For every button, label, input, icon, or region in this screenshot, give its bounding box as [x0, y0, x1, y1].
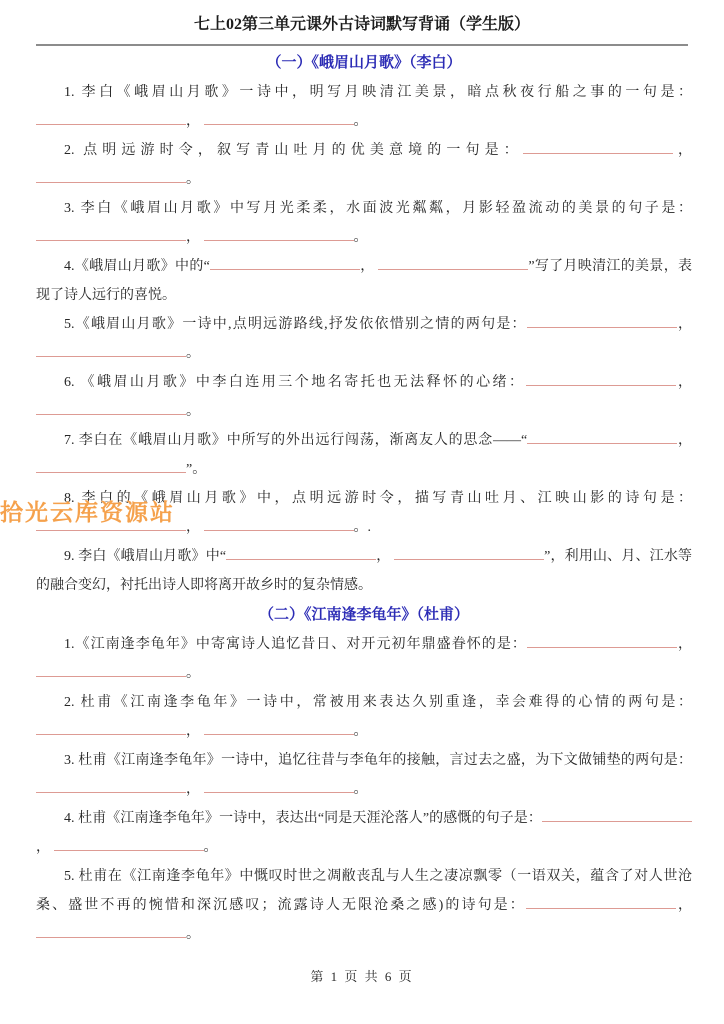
answer-blank	[527, 635, 677, 648]
question-text: ，	[360, 259, 378, 274]
question-text: 。.	[354, 520, 372, 535]
question-text: ，	[186, 230, 204, 245]
answer-blank	[36, 925, 186, 938]
question-text: ，	[677, 637, 692, 652]
question-text: 9. 李白《峨眉山月歌》中“	[64, 549, 226, 564]
question-paragraph: 5.《峨眉山月歌》一诗中,点明远游路线,抒发依依惜别之情的两句是：， 。	[36, 310, 692, 368]
answer-blank	[210, 257, 360, 270]
question-text: 。	[354, 724, 368, 739]
question-paragraph: 2. 杜甫《江南逢李龟年》一诗中，常被用来表达久别重逢，幸会难得的心情的两句是：…	[36, 688, 692, 746]
question-text: 4. 杜甫《江南逢李龟年》一诗中，表达出“同是天涯沦落人”的感慨的句子是：	[64, 811, 542, 826]
question-text: ，	[186, 782, 204, 797]
question-paragraph: 1.《江南逢李龟年》中寄寓诗人追忆昔日、对开元初年鼎盛眷怀的是：， 。	[36, 630, 692, 688]
question-text: 4.《峨眉山月歌》中的“	[64, 259, 210, 274]
question-paragraph: 5. 杜甫在《江南逢李龟年》中慨叹时世之凋敝丧乱与人生之凄凉飘零（一语双关，蕴含…	[36, 862, 692, 949]
answer-blank	[36, 112, 186, 125]
question-paragraph: 9. 李白《峨眉山月歌》中“， ”，利用山、月、江水等的融合变幻，衬托出诗人即将…	[36, 542, 692, 600]
worksheet-page: 七上02第三单元课外古诗词默写背诵（学生版） （一）《峨眉山月歌》（李白）1. …	[0, 0, 724, 1024]
question-paragraph: 4.《峨眉山月歌》中的“， ”写了月映清江的美景，表现了诗人远行的喜悦。	[36, 252, 692, 310]
question-text: 。	[186, 172, 200, 187]
question-text: ，	[673, 143, 692, 158]
answer-blank	[204, 780, 354, 793]
question-text: ，	[186, 520, 204, 535]
watermark: 拾光云库资源站	[0, 494, 175, 527]
question-text: 3. 李白《峨眉山月歌》中写月光柔柔，水面波光粼粼，月影轻盈流动的美景的句子是：	[64, 201, 692, 216]
question-text: 1. 李白《峨眉山月歌》一诗中，明写月映清江美景，暗点秋夜行船之事的一句是：	[64, 85, 692, 100]
answer-blank	[527, 431, 677, 444]
question-paragraph: 7. 李白在《峨眉山月歌》中所写的外出远行闯荡，渐离友人的思念——“， ”。	[36, 426, 692, 484]
answer-blank	[394, 547, 544, 560]
question-text: ，	[186, 724, 204, 739]
answer-blank	[36, 460, 186, 473]
answer-blank	[36, 402, 186, 415]
question-text: 2. 杜甫《江南逢李龟年》一诗中，常被用来表达久别重逢，幸会难得的心情的两句是：	[64, 695, 692, 710]
question-text: 7. 李白在《峨眉山月歌》中所写的外出远行闯荡，渐离友人的思念——“	[64, 433, 527, 448]
answer-blank	[36, 170, 186, 183]
question-text: ，	[677, 433, 692, 448]
question-text: 。	[186, 927, 200, 942]
answer-blank	[36, 228, 186, 241]
question-text: 3. 杜甫《江南逢李龟年》一诗中，追忆往昔与李龟年的接触，言过去之盛，为下文做铺…	[64, 753, 692, 768]
question-text: 。	[354, 230, 368, 245]
answer-blank	[54, 838, 204, 851]
question-text: ”。	[186, 462, 206, 477]
page-title: 七上02第三单元课外古诗词默写背诵（学生版）	[0, 0, 724, 36]
title-divider	[36, 44, 688, 46]
answer-blank	[378, 257, 528, 270]
question-text: 。	[186, 666, 200, 681]
answer-blank	[36, 344, 186, 357]
question-text: ，	[376, 549, 394, 564]
question-text: 。	[354, 114, 368, 129]
page-number: 第 1 页 共 6 页	[0, 966, 724, 985]
question-text: 5.《峨眉山月歌》一诗中,点明远游路线,抒发依依惜别之情的两句是：	[64, 317, 527, 332]
question-text: 6. 《峨眉山月歌》中李白连用三个地名寄托也无法释怀的心绪：	[64, 375, 526, 390]
question-text: ，	[676, 375, 692, 390]
answer-blank	[204, 722, 354, 735]
question-paragraph: 3. 杜甫《江南逢李龟年》一诗中，追忆往昔与李龟年的接触，言过去之盛，为下文做铺…	[36, 746, 692, 804]
answer-blank	[36, 722, 186, 735]
question-paragraph: 4. 杜甫《江南逢李龟年》一诗中，表达出“同是天涯沦落人”的感慨的句子是：， 。	[36, 804, 692, 862]
question-text: ，	[676, 898, 692, 913]
question-text: 。	[186, 346, 200, 361]
answer-blank	[527, 315, 677, 328]
answer-blank	[526, 373, 676, 386]
question-text: ，	[36, 840, 54, 855]
answer-blank	[542, 809, 692, 822]
answer-blank	[204, 228, 354, 241]
section-heading: （二）《江南逢李龟年》（杜甫）	[36, 600, 692, 630]
question-paragraph: 1. 李白《峨眉山月歌》一诗中，明写月映清江美景，暗点秋夜行船之事的一句是：， …	[36, 78, 692, 136]
question-paragraph: 6. 《峨眉山月歌》中李白连用三个地名寄托也无法释怀的心绪：， 。	[36, 368, 692, 426]
answer-blank	[204, 112, 354, 125]
question-text: 。	[354, 782, 368, 797]
answer-blank	[36, 664, 186, 677]
section-heading: （一）《峨眉山月歌》（李白）	[36, 48, 692, 78]
question-paragraph: 3. 李白《峨眉山月歌》中写月光柔柔，水面波光粼粼，月影轻盈流动的美景的句子是：…	[36, 194, 692, 252]
question-text: 2. 点明远游时令，叙写青山吐月的优美意境的一句是：	[64, 143, 523, 158]
question-text: 1.《江南逢李龟年》中寄寓诗人追忆昔日、对开元初年鼎盛眷怀的是：	[64, 637, 527, 652]
answer-blank	[526, 896, 676, 909]
question-text: 。	[204, 840, 218, 855]
answer-blank	[226, 547, 376, 560]
question-text: 。	[186, 404, 200, 419]
answer-blank	[204, 518, 354, 531]
question-text: ，	[186, 114, 204, 129]
answer-blank	[523, 141, 673, 154]
question-text: ，	[677, 317, 692, 332]
question-paragraph: 2. 点明远游时令，叙写青山吐月的优美意境的一句是：， 。	[36, 136, 692, 194]
answer-blank	[36, 780, 186, 793]
